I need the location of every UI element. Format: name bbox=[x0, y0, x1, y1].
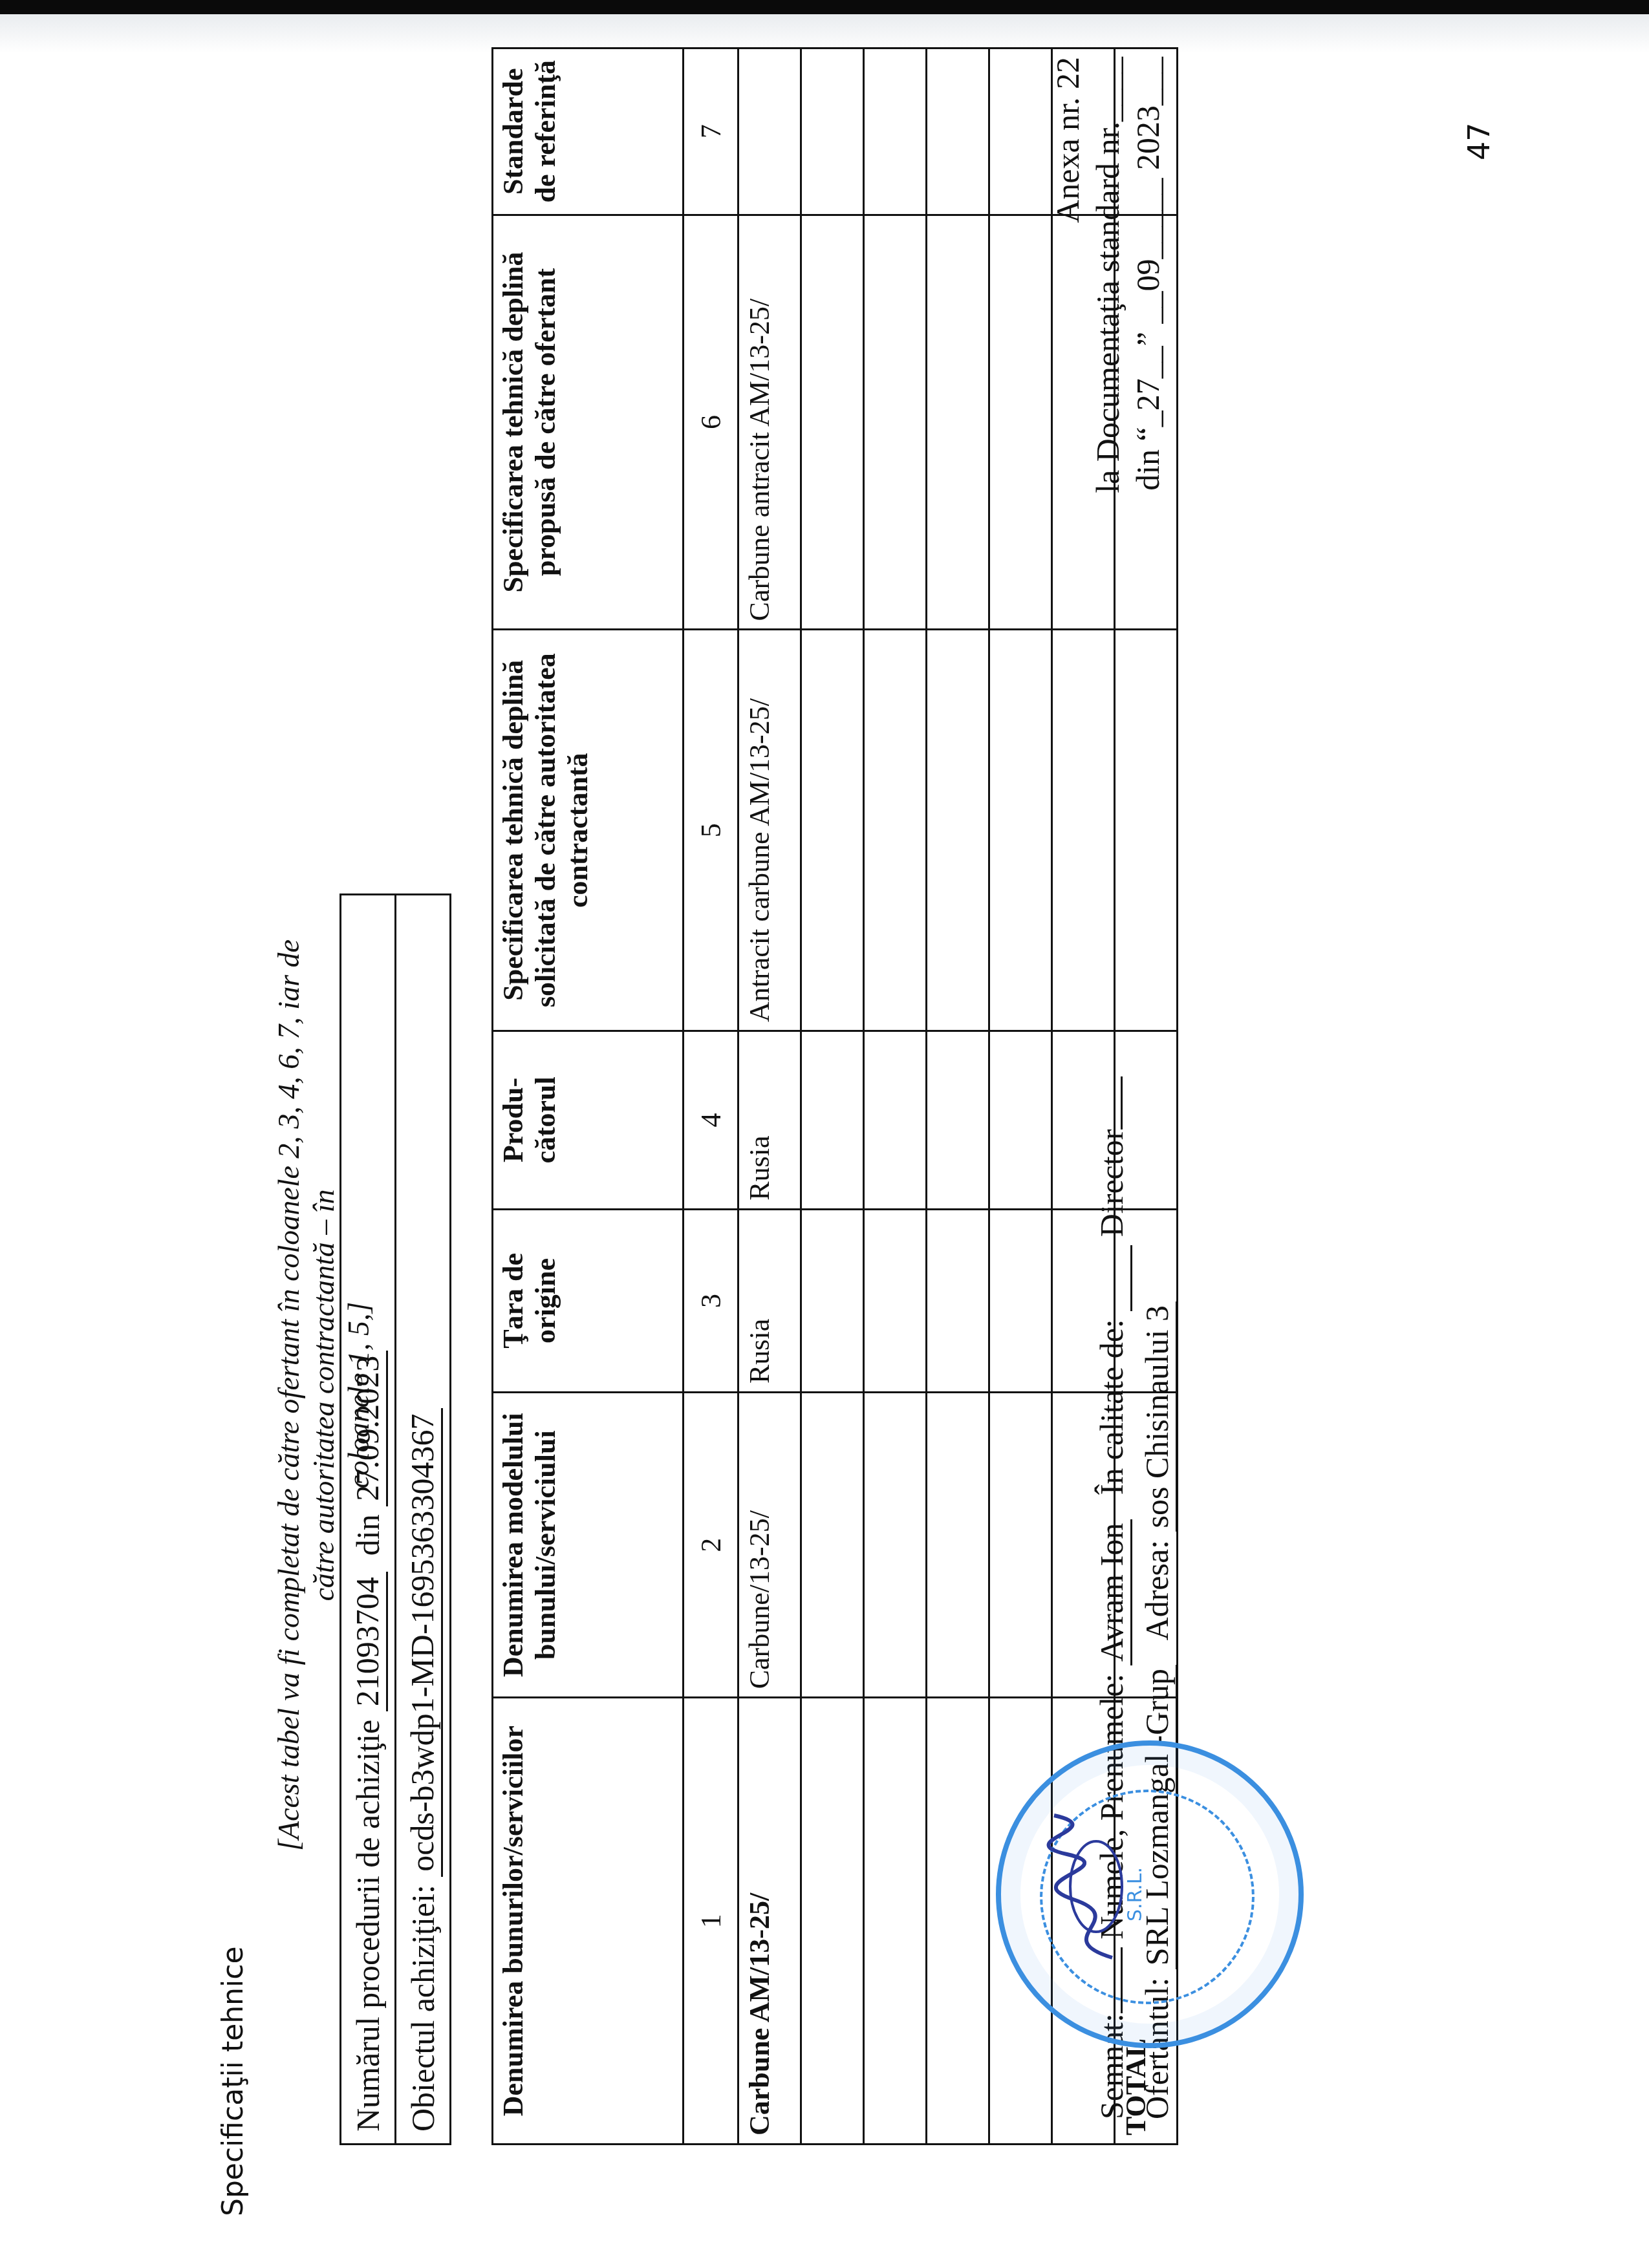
table-cell[interactable]: Carbune AM/13-25/ bbox=[738, 1698, 801, 2145]
table-cell[interactable] bbox=[989, 48, 1052, 215]
object-label: Obiectul achiziţiei: bbox=[404, 1885, 442, 2132]
total-cell[interactable] bbox=[1115, 630, 1178, 1031]
table-cell[interactable] bbox=[927, 630, 989, 1031]
page-number: 47 bbox=[1461, 122, 1496, 160]
table-cell[interactable] bbox=[927, 1392, 989, 1697]
table-cell[interactable] bbox=[989, 630, 1052, 1031]
table-cell[interactable] bbox=[864, 1209, 927, 1392]
document-title: Specificaţii tehnice bbox=[217, 1947, 250, 2216]
table-cell[interactable] bbox=[989, 215, 1052, 630]
table-cell[interactable] bbox=[801, 1392, 864, 1697]
column-header: Specificarea tehnică deplină propusă de … bbox=[493, 215, 684, 630]
table-cell[interactable]: Rusia bbox=[738, 1209, 801, 1392]
column-number: 4 bbox=[684, 1031, 738, 1209]
column-header: Denumirea bunurilor/serviciilor bbox=[493, 1698, 684, 2145]
table-cell[interactable] bbox=[801, 1031, 864, 1209]
table-cell[interactable]: Rusia bbox=[738, 1031, 801, 1209]
table-cell[interactable]: Carbune antracit AM/13-25/ bbox=[738, 215, 801, 630]
table-cell[interactable] bbox=[738, 48, 801, 215]
name-field[interactable]: Avram Ion bbox=[1093, 1519, 1132, 1665]
table-cell[interactable] bbox=[801, 48, 864, 215]
table-cell[interactable]: Antracit carbune AM/13-25/ bbox=[738, 630, 801, 1031]
annex-header: Anexa nr. 22 la Documentaţia standard nr… bbox=[1048, 57, 1168, 613]
column-number: 1 bbox=[684, 1698, 738, 2145]
table-cell[interactable] bbox=[801, 1698, 864, 2145]
table-row bbox=[801, 48, 864, 2145]
table-cell[interactable] bbox=[989, 1209, 1052, 1392]
handwritten-signature-icon bbox=[1035, 1809, 1138, 1964]
table-cell[interactable] bbox=[927, 1698, 989, 2145]
table-cell[interactable] bbox=[927, 215, 989, 630]
table-cell[interactable] bbox=[801, 630, 864, 1031]
table-cell[interactable] bbox=[864, 630, 927, 1031]
procurement-fields: Numărul procedurii de achiziţie 21093704… bbox=[339, 893, 451, 2145]
object-row: Obiectul achiziţiei: ocds-b3wdp1-MD-1695… bbox=[396, 895, 449, 2143]
object-field[interactable]: ocds-b3wdp1-MD-1695363304367 bbox=[404, 1408, 443, 1876]
table-cell[interactable] bbox=[927, 48, 989, 215]
address-field[interactable]: sos Chisinaului 3 bbox=[1138, 1301, 1178, 1532]
column-number: 5 bbox=[684, 630, 738, 1031]
column-header: Specificarea tehnică deplină solicitată … bbox=[493, 630, 684, 1031]
table-cell[interactable] bbox=[864, 48, 927, 215]
table-cell[interactable] bbox=[801, 1209, 864, 1392]
procedure-date-field[interactable]: 27.09.2023 bbox=[349, 1351, 388, 1506]
column-header: Denumirea modelului bunului/serviciului bbox=[493, 1392, 684, 1697]
column-number-row: 1234567 bbox=[684, 48, 738, 2145]
table-cell[interactable] bbox=[864, 1392, 927, 1697]
table-row: Carbune AM/13-25/Carbune/13-25/RusiaRusi… bbox=[738, 48, 801, 2145]
annex-line-3: din “_27__” __09_____ 2023___ bbox=[1128, 57, 1168, 613]
table-cell[interactable] bbox=[864, 1031, 927, 1209]
landscape-page: Specificaţii tehnice [Acest tabel va fi … bbox=[0, 0, 1649, 2268]
address-label: Adresa: bbox=[1139, 1540, 1175, 1641]
table-cell[interactable] bbox=[927, 1209, 989, 1392]
table-cell[interactable] bbox=[989, 1392, 1052, 1697]
table-cell[interactable]: Carbune/13-25/ bbox=[738, 1392, 801, 1697]
procedure-number-row: Numărul procedurii de achiziţie 21093704… bbox=[341, 895, 396, 2143]
column-number: 7 bbox=[684, 48, 738, 215]
role-label: În calitate de: bbox=[1094, 1319, 1130, 1495]
table-cell[interactable] bbox=[927, 1031, 989, 1209]
column-header: Standarde de referinţă bbox=[493, 48, 684, 215]
column-number: 3 bbox=[684, 1209, 738, 1392]
procedure-label: Numărul procedurii de achiziţie bbox=[349, 1720, 387, 2132]
table-row bbox=[927, 48, 989, 2145]
column-header: Ţara de origine bbox=[493, 1209, 684, 1392]
annex-line-1: Anexa nr. 22 bbox=[1048, 57, 1088, 613]
role-field[interactable]: Director bbox=[1094, 1129, 1130, 1237]
instruction-line-1: [Acest tabel va fi completat de către of… bbox=[272, 910, 341, 1880]
procedure-number-field[interactable]: 21093704 bbox=[349, 1572, 388, 1711]
annex-line-2: la Documentaţia standard nr.____ bbox=[1088, 57, 1128, 613]
column-number: 6 bbox=[684, 215, 738, 630]
table-row bbox=[864, 48, 927, 2145]
table-cell[interactable] bbox=[864, 1698, 927, 2145]
header-row: Denumirea bunurilor/serviciilorDenumirea… bbox=[493, 48, 684, 2145]
table-cell[interactable] bbox=[1052, 630, 1115, 1031]
column-number: 2 bbox=[684, 1392, 738, 1697]
table-cell[interactable] bbox=[801, 215, 864, 630]
table-cell[interactable] bbox=[864, 215, 927, 630]
table-cell[interactable] bbox=[989, 1031, 1052, 1209]
column-header: Produ-cătorul bbox=[493, 1031, 684, 1209]
procedure-date-label: din bbox=[349, 1514, 387, 1556]
